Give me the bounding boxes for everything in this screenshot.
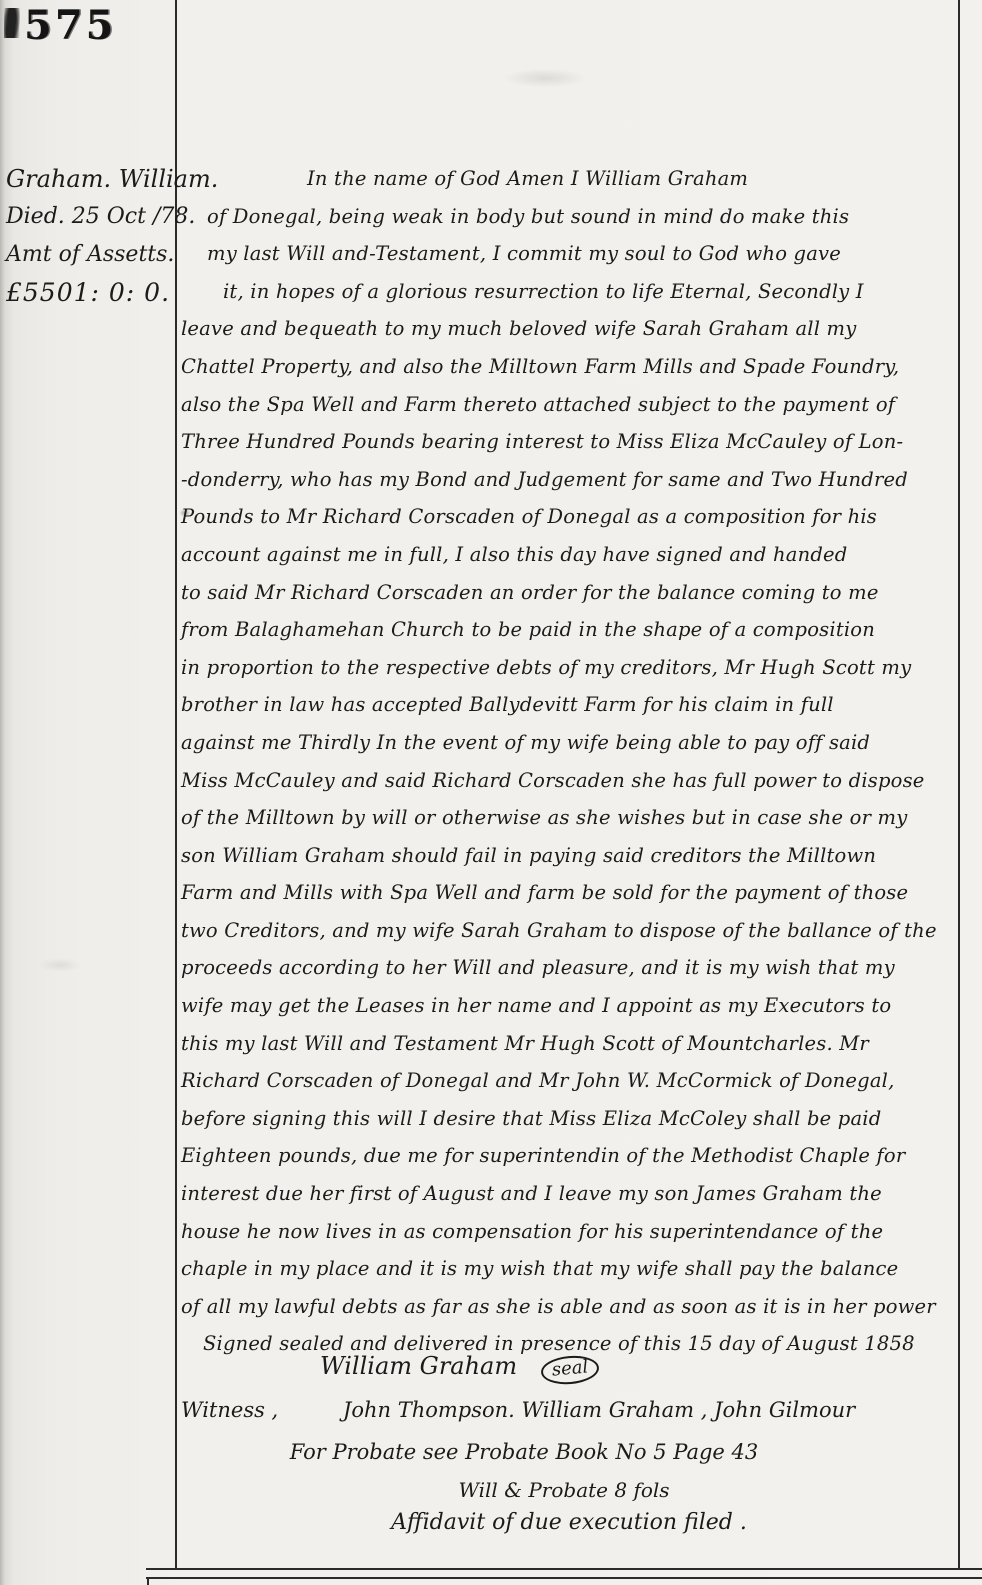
- will-text-line: two Creditors, and my wife Sarah Graham …: [181, 912, 957, 950]
- will-text-line: account against me in full, I also this …: [181, 536, 957, 574]
- will-text-line: in proportion to the respective debts of…: [181, 649, 957, 687]
- will-text-line: proceeds according to her Will and pleas…: [181, 949, 957, 987]
- will-text-line: wife may get the Leases in her name and …: [181, 987, 957, 1025]
- folio-count-note: Will & Probate 8 fols: [176, 1478, 952, 1502]
- will-register-page: 575 Graham. William. Died. 25 Oct /78. A…: [0, 0, 982, 1585]
- will-text-line: of the Milltown by will or otherwise as …: [181, 799, 957, 837]
- witness-line: Witness , John Thompson. William Graham …: [181, 1398, 855, 1422]
- will-text-line: before signing this will I desire that M…: [181, 1100, 957, 1138]
- page-number: 575: [24, 2, 117, 49]
- will-text-line: Richard Corscaden of Donegal and Mr John…: [181, 1062, 957, 1100]
- will-text-line: Chattel Property, and also the Milltown …: [181, 348, 957, 386]
- affidavit-note: Affidavit of due execution filed .: [181, 1510, 957, 1535]
- will-text-line: this my last Will and Testament Mr Hugh …: [181, 1025, 957, 1063]
- probate-reference-note: For Probate see Probate Book No 5 Page 4…: [136, 1440, 912, 1464]
- next-section-rule: [147, 1577, 149, 1585]
- will-text-line: Pounds to Mr Richard Corscaden of Donega…: [181, 498, 957, 536]
- will-text-line: In the name of God Amen I William Graham: [181, 160, 957, 198]
- will-text-line: it, in hopes of a glorious resurrection …: [181, 273, 957, 311]
- will-text-line: Three Hundred Pounds bearing interest to…: [181, 423, 957, 461]
- signature-line: William Graham seal: [320, 1352, 599, 1384]
- will-text-line: to said Mr Richard Corscaden an order fo…: [181, 574, 957, 612]
- right-column-rule: [958, 0, 960, 1570]
- will-text-line: leave and bequeath to my much beloved wi…: [181, 310, 957, 348]
- section-divider-rule: [146, 1568, 982, 1579]
- will-text-line: against me Thirdly In the event of my wi…: [181, 724, 957, 762]
- witness-names: John Thompson. William Graham , John Gil…: [343, 1398, 855, 1422]
- will-text-line: of Donegal, being weak in body but sound…: [181, 198, 957, 236]
- testator-signature: William Graham: [320, 1352, 517, 1380]
- will-text-line: Eighteen pounds, due me for superintendi…: [181, 1137, 957, 1175]
- will-text-line: brother in law has accepted Ballydevitt …: [181, 686, 957, 724]
- will-text-line: son William Graham should fail in paying…: [181, 837, 957, 875]
- witness-label: Witness ,: [181, 1398, 278, 1422]
- seal-mark: seal: [540, 1354, 601, 1387]
- will-text-line: of all my lawful debts as far as she is …: [181, 1288, 957, 1326]
- will-body-text: In the name of God Amen I William Graham…: [181, 160, 957, 1363]
- will-text-line: also the Spa Well and Farm thereto attac…: [181, 386, 957, 424]
- will-text-line: from Balaghamehan Church to be paid in t…: [181, 611, 957, 649]
- will-text-line: -donderry, who has my Bond and Judgement…: [181, 461, 957, 499]
- will-text-line: chaple in my place and it is my wish tha…: [181, 1250, 957, 1288]
- ink-blot: [4, 8, 20, 38]
- will-text-line: house he now lives in as compensation fo…: [181, 1213, 957, 1251]
- will-text-line: Miss McCauley and said Richard Corscaden…: [181, 762, 957, 800]
- will-text-line: Farm and Mills with Spa Well and farm be…: [181, 874, 957, 912]
- will-text-line: my last Will and-Testament, I commit my …: [181, 235, 957, 273]
- will-text-line: interest due her first of August and I l…: [181, 1175, 957, 1213]
